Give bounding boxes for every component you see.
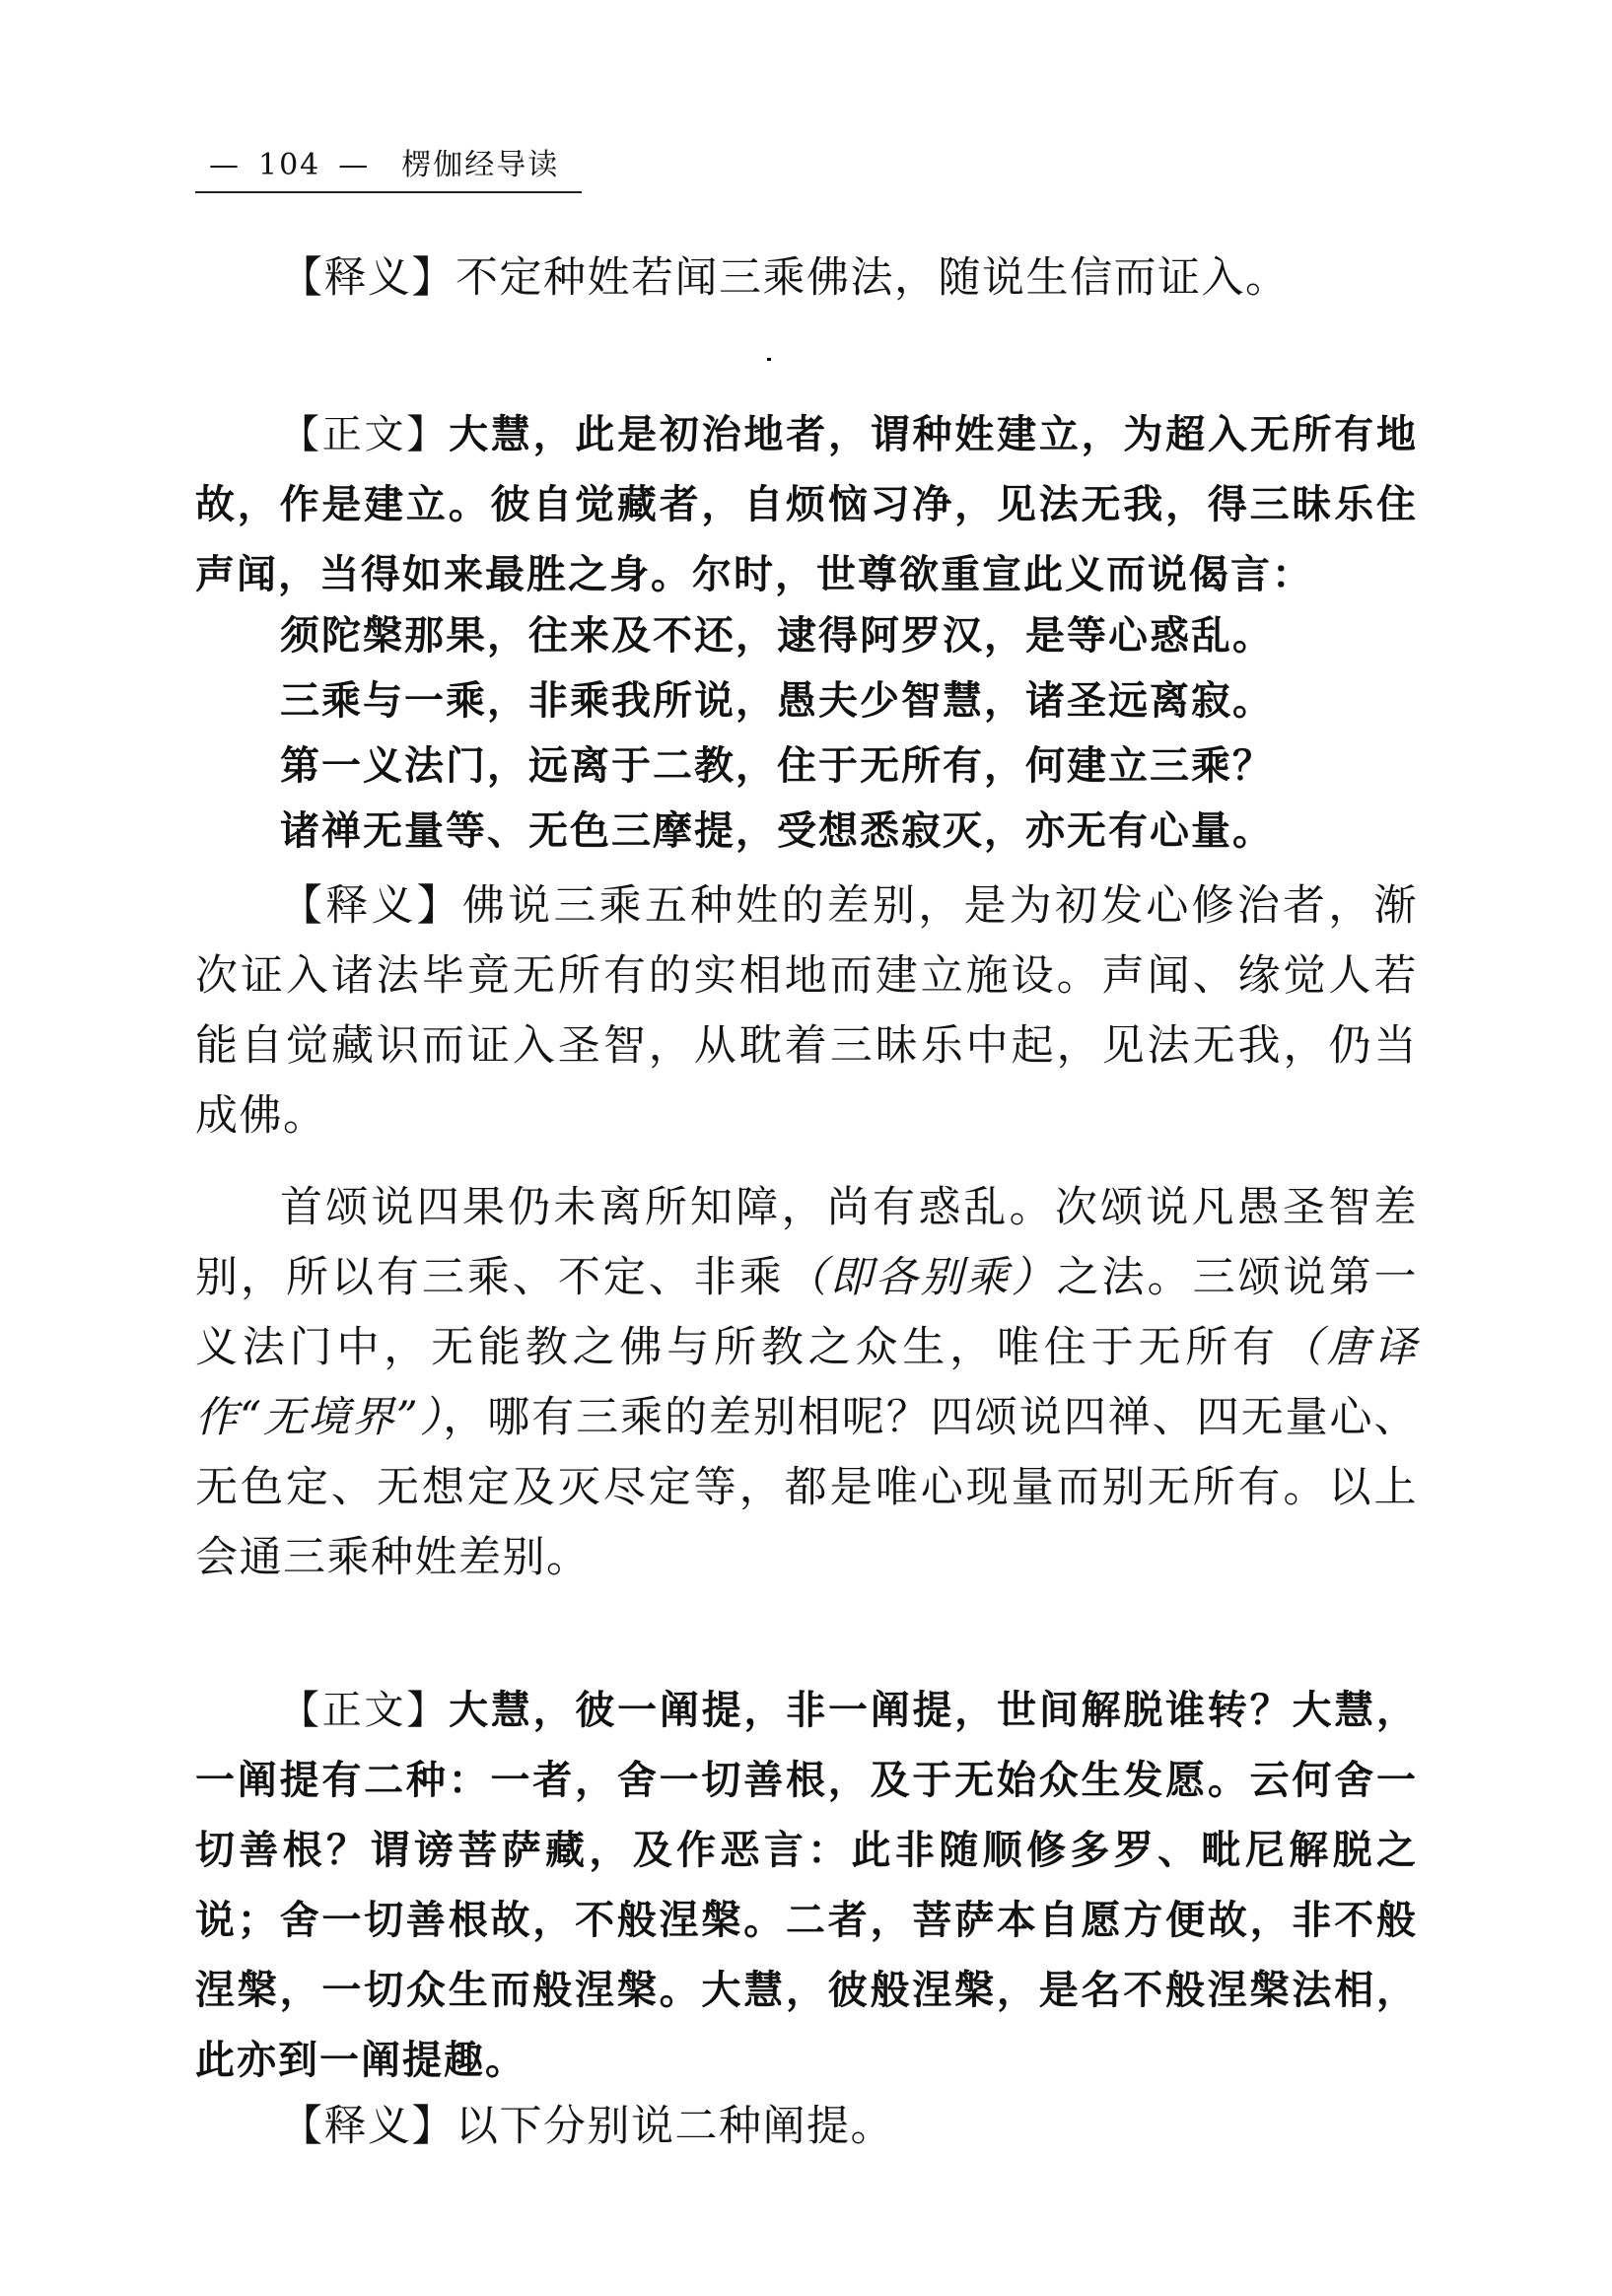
section-label: 【正文】 bbox=[280, 1688, 449, 1733]
section-label: 【释义】 bbox=[280, 2102, 456, 2151]
italic-note: （即各别乘） bbox=[785, 1253, 1057, 1302]
section-label: 【释义】 bbox=[280, 881, 462, 931]
header-dash-left: — bbox=[209, 146, 241, 185]
paragraph-text: 大慧，彼一阐提，非一阐提，世间解脱谁转？大慧，一阐提有二种：一者，舍一切善根，及… bbox=[195, 1688, 1418, 2083]
paragraph-text: 以下分别说二种阐提。 bbox=[456, 2102, 894, 2151]
verse-line: 第一义法门，远离于二教，住于无所有，何建立三乘？ bbox=[280, 733, 1414, 799]
paragraph-commentary: 首颂说四果仍未离所知障，尚有惑乱。次颂说凡愚圣智差别，所以有三乘、不定、非乘（即… bbox=[195, 1173, 1418, 1593]
running-header: —104—楞伽经导读 bbox=[195, 146, 582, 193]
verse-block: 须陀槃那果，往来及不还，逮得阿罗汉，是等心惑乱。 三乘与一乘，非乘我所说，愚夫少… bbox=[280, 603, 1414, 864]
section-label: 【释义】 bbox=[280, 253, 456, 303]
verse-line: 三乘与一乘，非乘我所说，愚夫少智慧，诸圣远离寂。 bbox=[280, 668, 1414, 733]
section-label: 【正文】 bbox=[280, 412, 449, 457]
verse-line: 须陀槃那果，往来及不还，逮得阿罗汉，是等心惑乱。 bbox=[280, 603, 1414, 668]
book-title: 楞伽经导读 bbox=[401, 146, 559, 185]
page-number: 104 bbox=[258, 146, 320, 185]
paragraph-main-text-2: 【正文】大慧，彼一阐提，非一阐提，世间解脱谁转？大慧，一阐提有二种：一者，舍一切… bbox=[195, 1676, 1418, 2096]
paragraph-explanation-3: 【释义】以下分别说二种阐提。 bbox=[195, 2092, 1418, 2162]
paragraph-text: 不定种姓若闻三乘佛法，随说生信而证入。 bbox=[456, 253, 1290, 303]
header-dash-right: — bbox=[338, 146, 370, 185]
verse-line: 诸禅无量等、无色三摩提，受想悉寂灭，亦无有心量。 bbox=[280, 799, 1414, 864]
paragraph-explanation-2: 【释义】佛说三乘五种姓的差别，是为初发心修治者，渐次证入诸法毕竟无所有的实相地而… bbox=[195, 871, 1418, 1151]
paragraph-explanation-1: 【释义】不定种姓若闻三乘佛法，随说生信而证入。 bbox=[195, 244, 1418, 313]
paragraph-main-text-1: 【正文】大慧，此是初治地者，谓种姓建立，为超入无所有地故，作是建立。彼自觉藏者，… bbox=[195, 400, 1418, 610]
stray-mark bbox=[767, 358, 771, 361]
